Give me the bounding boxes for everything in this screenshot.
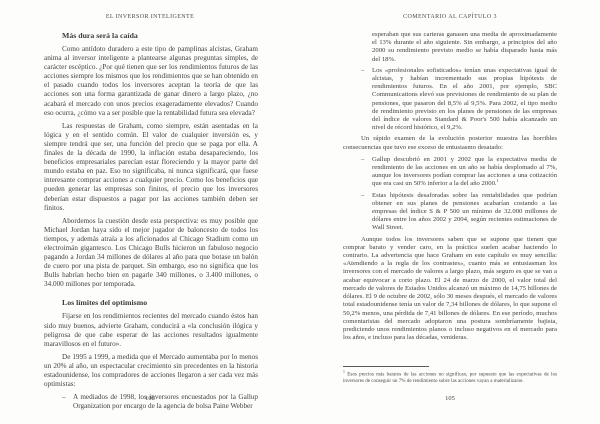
paragraph: Un rápido examen de la evolución posteri… — [343, 135, 557, 151]
right-running-header: COMENTARIO AL CAPÍTULO 3 — [300, 13, 600, 21]
paragraph: Abordemos la cuestión desde esta perspec… — [44, 217, 258, 290]
section-subheading: Los límites del optimismo — [62, 298, 258, 308]
paragraph: De 1995 a 1999, a medida que el Mercado … — [44, 353, 258, 389]
paragraph: Las respuestas de Graham, como siempre, … — [44, 122, 258, 213]
left-page-content: Más dura será la caída Como antídoto dur… — [44, 31, 258, 414]
list-marker: – — [361, 192, 364, 200]
paragraph: Fijarse en los rendimientos recientes de… — [44, 312, 258, 348]
footnote-block: 1 Esos precios más baratos de las accion… — [343, 366, 557, 385]
right-page: COMENTARIO AL CAPÍTULO 3 esperaban que s… — [300, 0, 600, 424]
list-item-continuation: esperaban que sus carteras ganasen una m… — [372, 31, 557, 64]
footnote: 1 Esos precios más baratos de las accion… — [343, 369, 557, 385]
book-spread: EL INVERSOR INTELIGENTE Más dura será la… — [0, 0, 600, 424]
list-item: – Gallup descubrió en 2001 y 2002 que la… — [361, 156, 557, 189]
list-item: – Estas hipótesis desaforadas sobre las … — [361, 192, 557, 233]
paragraph: Como antídoto duradero a este tipo de pa… — [44, 45, 258, 118]
list-item-text: Estas hipótesis desaforadas sobre las re… — [372, 192, 557, 232]
section-heading: Más dura será la caída — [62, 31, 258, 41]
footnote-rule — [343, 366, 429, 367]
list-marker: – — [361, 67, 364, 75]
list-item: – Los «profesionales sofisticados» tenía… — [361, 67, 557, 133]
paragraph: Aunque todos los inversores saben que se… — [343, 236, 557, 343]
list-item-text: Gallup descubrió en 2001 y 2002 que la e… — [372, 156, 557, 188]
footnote-text: Esos precios más baratos de las acciones… — [343, 372, 557, 384]
list-item-text: Los «profesionales sofisticados» tenían … — [372, 67, 557, 131]
right-page-number: 105 — [300, 395, 600, 403]
footnote-reference: 1 — [497, 178, 499, 183]
left-running-header: EL INVERSOR INTELIGENTE — [0, 13, 300, 22]
right-page-content: esperaban que sus carteras ganasen una m… — [343, 31, 557, 346]
footnote-marker: 1 — [343, 370, 345, 374]
left-page: EL INVERSOR INTELIGENTE Más dura será la… — [0, 0, 300, 424]
list-marker: – — [361, 156, 364, 164]
left-page-number: 108 — [0, 394, 300, 403]
